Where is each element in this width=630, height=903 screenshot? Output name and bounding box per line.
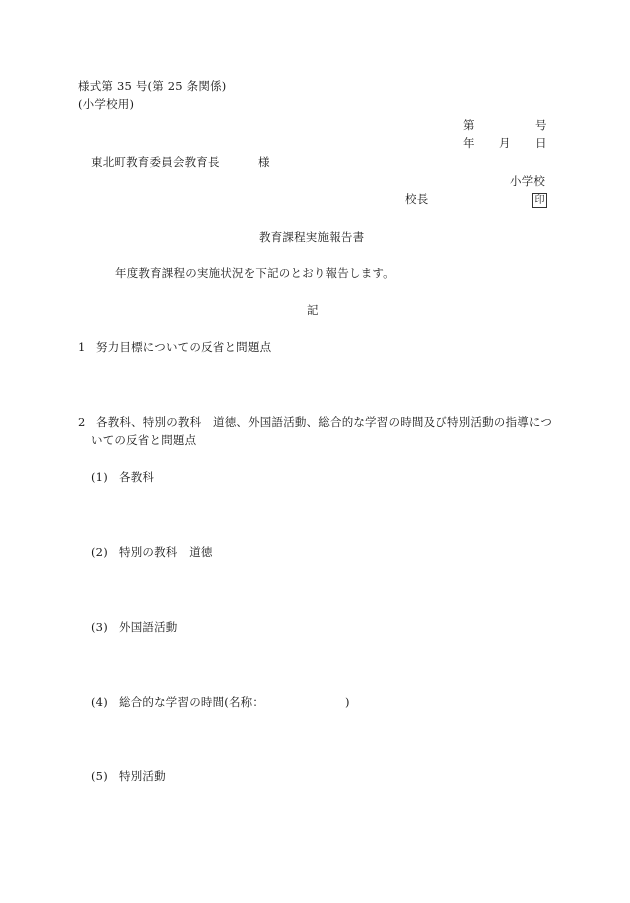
- seal-mark: 印: [532, 193, 547, 208]
- number-prefix: 第: [463, 120, 475, 132]
- document-title: 教育課程実施報告書: [259, 232, 364, 244]
- addressee-recipient: 東北町教育委員会教育長: [91, 157, 220, 169]
- form-number: 様式第 35 号(第 25 条関係): [78, 81, 226, 93]
- subsection-4-closing: ): [345, 697, 350, 709]
- subsection-4-number: (4): [91, 697, 108, 709]
- subsection-4-label: 総合的な学習の時間(名称：: [119, 697, 264, 709]
- subsection-2-number: (2): [91, 547, 108, 559]
- subsection-3-label: 外国語活動: [119, 622, 178, 634]
- subsection-3-number: (3): [91, 622, 108, 634]
- subsection-5-number: (5): [91, 771, 108, 783]
- subsection-1-number: (1): [91, 472, 108, 484]
- date-day: 日: [535, 138, 547, 150]
- addressee-honorific: 様: [258, 157, 270, 169]
- ki-label: 記: [307, 305, 319, 317]
- section-2-number: 2: [78, 417, 86, 429]
- section-1-number: 1: [78, 342, 86, 354]
- principal-label: 校長: [405, 194, 428, 206]
- subsection-2-label: 特別の教科 道徳: [119, 547, 213, 559]
- number-suffix: 号: [535, 120, 547, 132]
- school-type: (小学校用): [78, 99, 134, 111]
- subsection-1-label: 各教科: [119, 472, 154, 484]
- section-2-label-line1: 各教科、特別の教科 道徳、外国語活動、総合的な学習の時間及び特別活動の指導につ: [96, 417, 552, 429]
- date-year: 年: [463, 138, 475, 150]
- date-month: 月: [499, 138, 511, 150]
- school-name-suffix: 小学校: [510, 176, 545, 188]
- section-2-label-line2: いての反省と問題点: [91, 435, 196, 447]
- intro-text: 年度教育課程の実施状況を下記のとおり報告します。: [115, 268, 395, 280]
- section-1-label: 努力目標についての反省と問題点: [96, 342, 271, 354]
- subsection-5-label: 特別活動: [119, 771, 166, 783]
